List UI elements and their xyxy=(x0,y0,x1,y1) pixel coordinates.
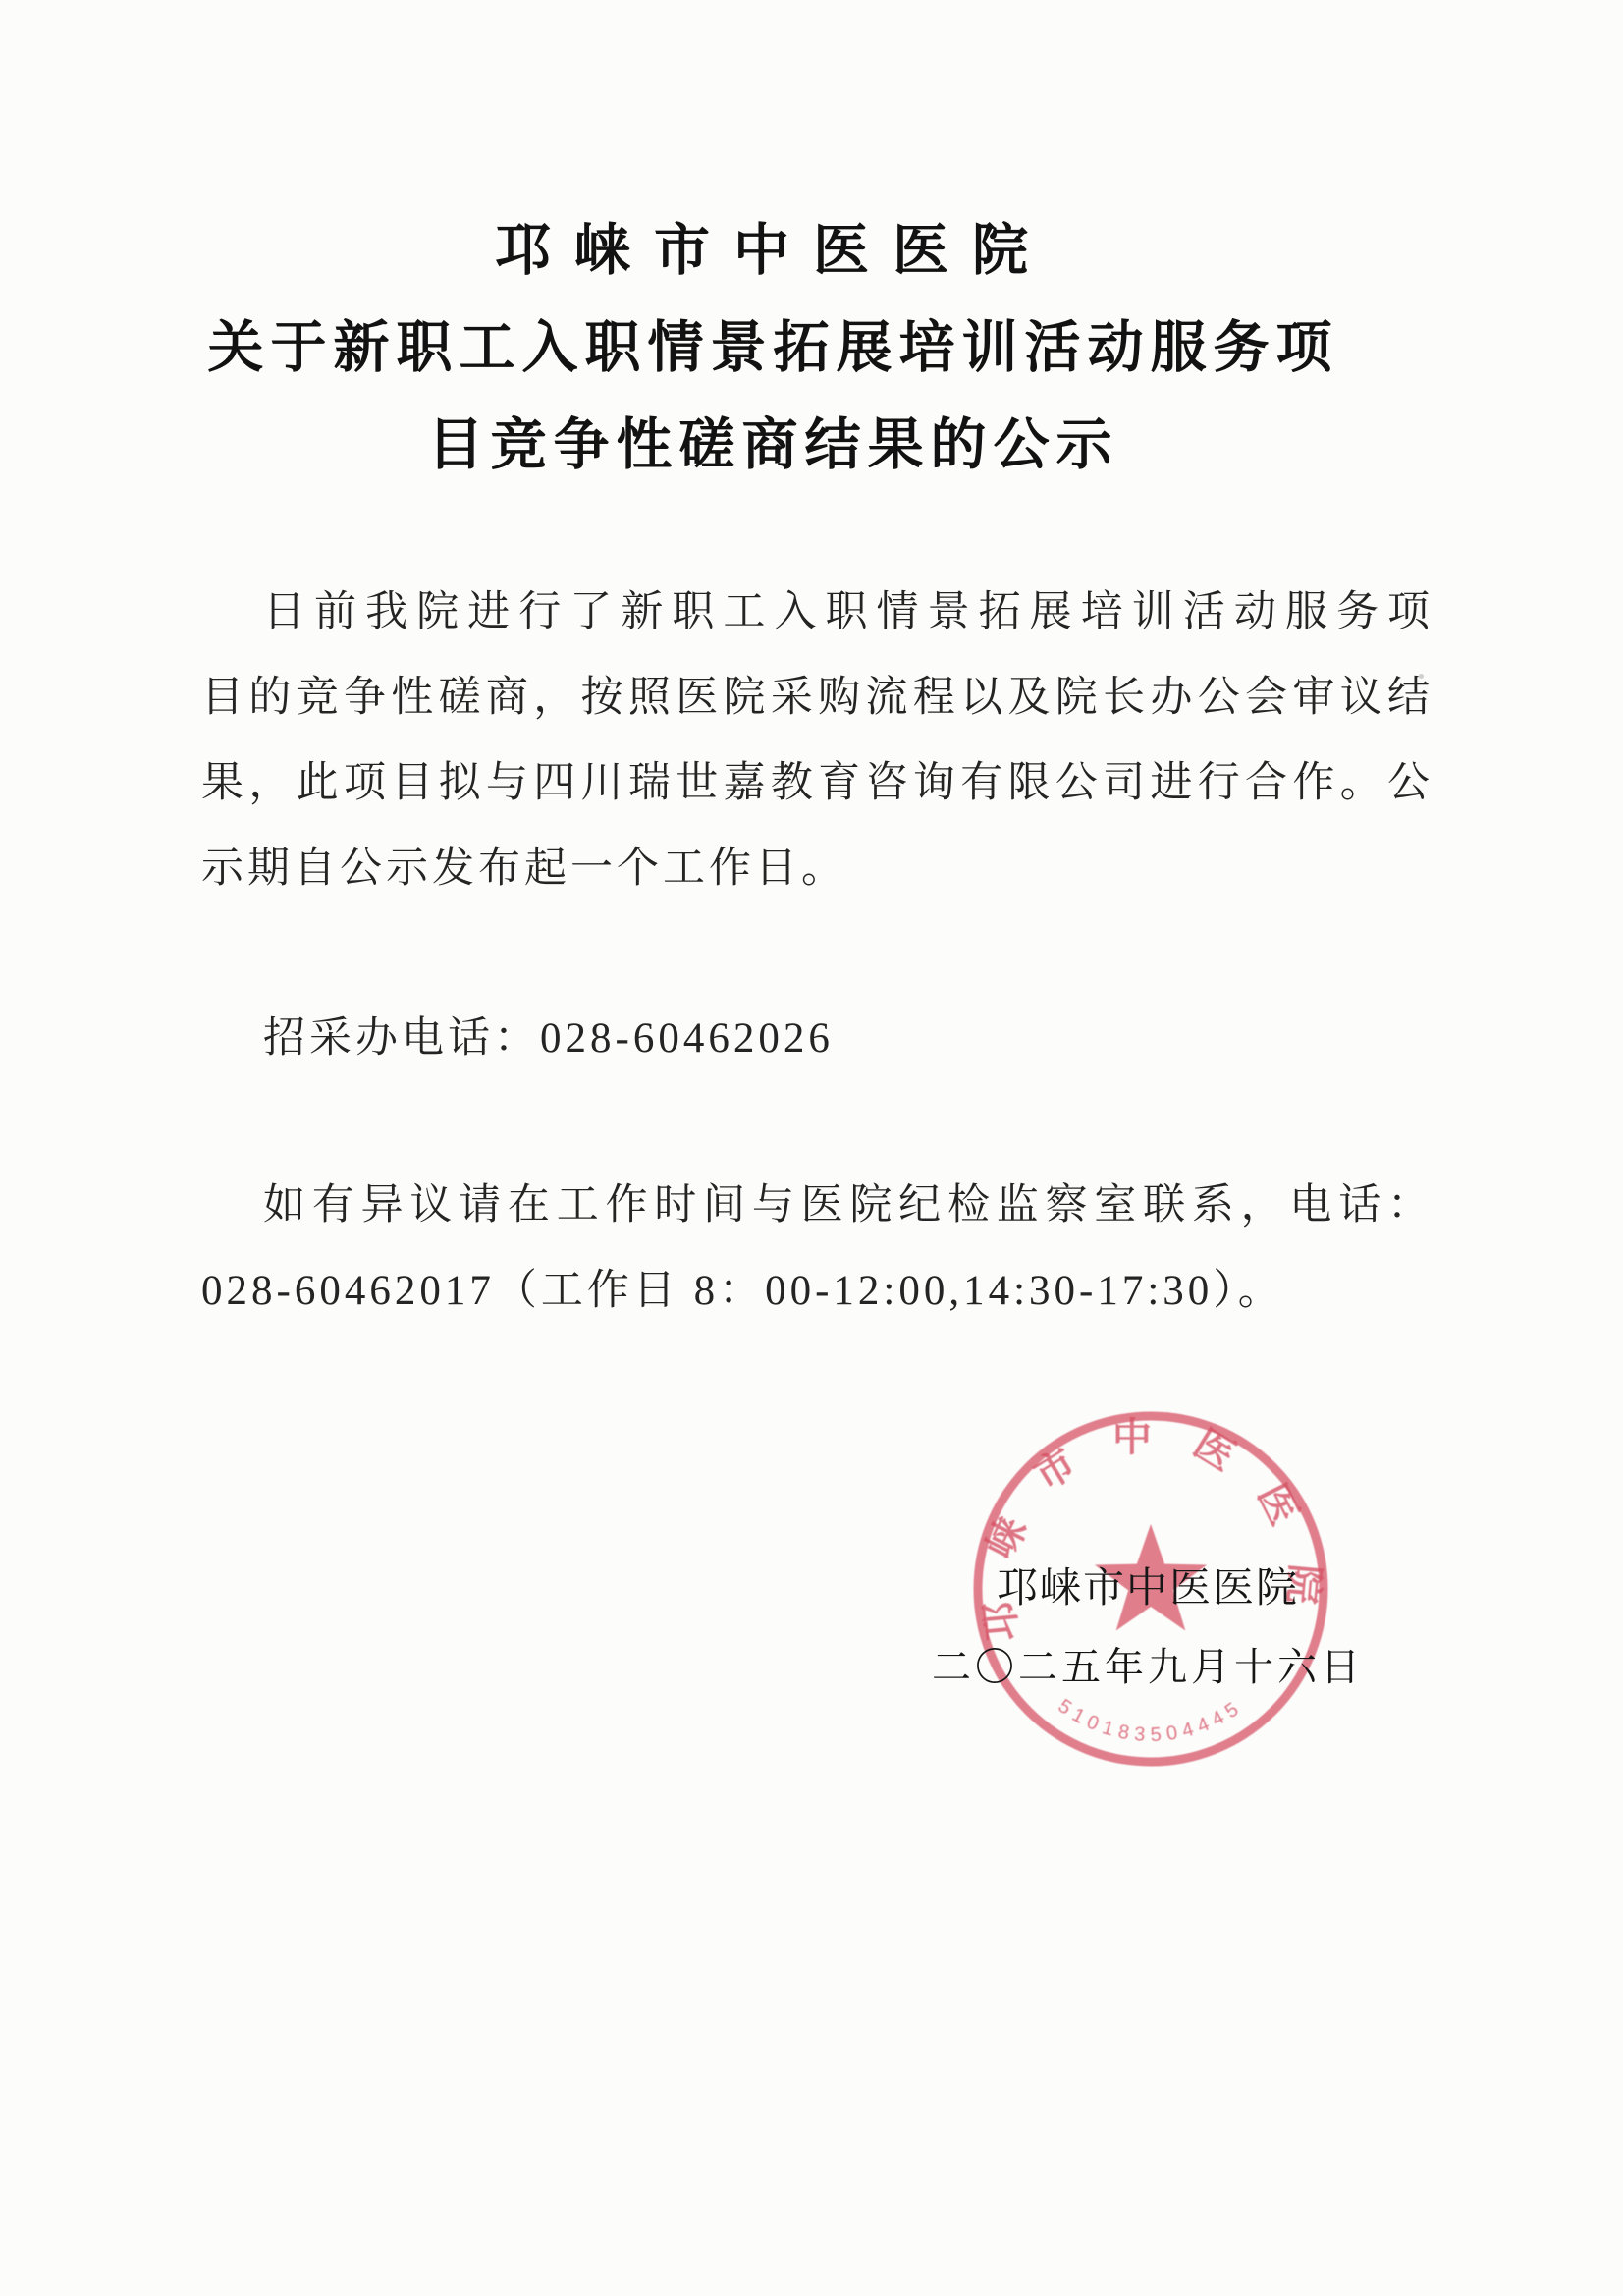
signature-organization: 邛崃市中医医院 xyxy=(893,1563,1403,1614)
title-line-1: 邛崃市中医医院 xyxy=(157,202,1389,300)
paragraph-procurement-phone: 招采办电话：028-60462026 xyxy=(201,996,1434,1081)
procurement-phone-line: 招采办电话：028-60462026 xyxy=(201,996,1434,1081)
objection-line: 028-60462017（工作日 8：00-12:00,14:30-17:30）… xyxy=(201,1248,1434,1334)
title-line-2: 关于新职工入职情景拓展培训活动服务项 xyxy=(157,300,1389,397)
document-title: 邛崃市中医医院 关于新职工入职情景拓展培训活动服务项 目竞争性磋商结果的公示 xyxy=(157,202,1389,494)
paragraph-main: 日前我院进行了新职工入职情景拓展培训活动服务项 目的竞争性磋商，按照医院采购流程… xyxy=(201,570,1434,911)
paragraph-main-line: 示期自公示发布起一个工作日。 xyxy=(201,826,1434,911)
paragraph-main-line: 果，此项目拟与四川瑞世嘉教育咨询有限公司进行合作。公 xyxy=(201,740,1434,826)
signature-block: 邛崃市中医医院 二〇二五年九月十六日 xyxy=(893,1563,1403,1693)
paragraph-main-line: 日前我院进行了新职工入职情景拓展培训活动服务项 xyxy=(201,570,1434,655)
scan-speck xyxy=(1419,674,1424,679)
title-line-3: 目竞争性磋商结果的公示 xyxy=(157,397,1389,494)
svg-text:510183504445: 510183504445 xyxy=(1055,1695,1248,1746)
paragraph-main-line: 目的竞争性磋商，按照医院采购流程以及院长办公会审议结 xyxy=(201,655,1434,740)
document-page: 邛崃市中医医院 关于新职工入职情景拓展培训活动服务项 目竞争性磋商结果的公示 日… xyxy=(0,0,1623,2296)
paragraph-objection-contact: 如有异议请在工作时间与医院纪检监察室联系，电话： 028-60462017（工作… xyxy=(201,1163,1434,1334)
objection-line: 如有异议请在工作时间与医院纪检监察室联系，电话： xyxy=(201,1163,1434,1248)
seal-serial-number: 510183504445 xyxy=(1055,1695,1248,1746)
signature-date: 二〇二五年九月十六日 xyxy=(893,1642,1403,1693)
